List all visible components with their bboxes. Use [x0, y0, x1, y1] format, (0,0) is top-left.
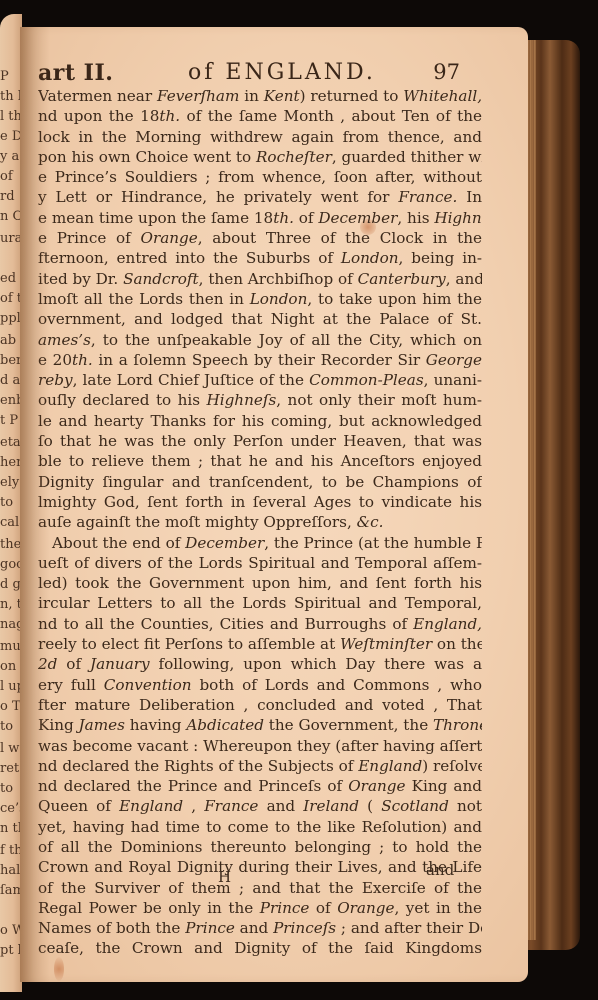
facing-page-fragment: ura: [0, 232, 22, 245]
text-line: Dignity ſingular and tranſcendent, to be…: [38, 472, 482, 492]
text-segment: reely to elect fit Perſons to aſſemble a…: [38, 635, 340, 653]
text-line: of all the Dominions thereunto belonging…: [38, 837, 482, 857]
text-segment: Crown and Royal Dignity during their Liv…: [38, 858, 482, 876]
text-line: ueſt of divers of the Lords Spiritual an…: [38, 553, 482, 573]
text-segment: ircular Letters to all the Lords Spiritu…: [38, 594, 482, 612]
text-line: 2d of January following, upon which Day …: [38, 654, 482, 674]
text-line: About the end of December, the Prince (a…: [38, 533, 482, 553]
text-segment: yet, having had time to come to the like…: [38, 818, 482, 836]
text-segment: ouſly declared to his: [38, 391, 206, 409]
text-segment: nd declared the Rights of the Subjects o…: [38, 757, 358, 775]
italic-text: France: [204, 797, 258, 815]
text-line: pon his own Choice went to Rocheſter, gu…: [38, 147, 482, 167]
facing-page-fragment: th h: [0, 90, 22, 103]
text-segment: e mean time upon the ſame 18: [38, 209, 273, 227]
facing-page-fragment: o W: [0, 924, 22, 937]
text-segment: e Prince’s Souldiers ; from whence, ſoon…: [38, 168, 482, 186]
book-page: art II. of ENGLAND. 97 Vatermen near Fev…: [20, 27, 528, 982]
facing-page-fragment: to: [0, 496, 22, 509]
italic-text: th.: [273, 209, 294, 227]
italic-text: &c.: [357, 513, 384, 531]
text-line: ames’s, to the unſpeakable Joy of all th…: [38, 330, 482, 350]
italic-text: 2d: [38, 655, 57, 673]
text-segment: About the end of: [52, 534, 185, 552]
text-segment: on the: [432, 635, 482, 653]
text-segment: le and hearty Thanks for his coming, but…: [38, 412, 482, 430]
text-line: ouſly declared to his Highneſs, not only…: [38, 390, 482, 410]
text-segment: nd declared the Prince and Princeſs of: [38, 777, 348, 795]
text-line: reby, late Lord Chief Juſtice of the Com…: [38, 370, 482, 390]
facing-page-fragment: goo: [0, 558, 22, 571]
text-segment: in: [239, 87, 263, 105]
text-line: ited by Dr. Sandcroft, then Archbiſhop o…: [38, 269, 482, 289]
text-segment: e 20: [38, 351, 72, 369]
facing-page-fragment: l w: [0, 742, 22, 755]
text-segment: e Prince of: [38, 229, 141, 247]
text-segment: overnment, and lodged that Night at the …: [38, 310, 482, 328]
text-line: Queen of England , France and Ireland ( …: [38, 796, 482, 816]
text-segment: not: [449, 797, 482, 815]
text-segment: , about Three of the Clock in the: [198, 229, 482, 247]
italic-text: Throne: [433, 716, 482, 734]
facing-page-fragment: cala: [0, 516, 22, 529]
text-line: Regal Power be only in the Prince of Ora…: [38, 898, 482, 918]
italic-text: England,: [413, 615, 482, 633]
running-head-title: of ENGLAND.: [188, 60, 376, 85]
facing-page-fragment: n th: [0, 822, 22, 835]
text-line: e Prince of Orange, about Three of the C…: [38, 228, 482, 248]
italic-text: Rocheſter: [256, 148, 332, 166]
text-line: fter mature Deliberation , concluded and…: [38, 695, 482, 715]
text-segment: , guarded thither with: [332, 148, 482, 166]
italic-text: James: [79, 716, 125, 734]
facing-page-fragment: of: [0, 170, 22, 183]
italic-text: December: [185, 534, 264, 552]
text-segment: , late Lord Chief Juſtice of the: [73, 371, 310, 389]
text-segment: ſo that he was the only Perſon under Hea…: [38, 432, 482, 450]
text-segment: , the Prince (at the humble Re-: [264, 534, 482, 552]
facing-page-fragment: ed a: [0, 272, 22, 285]
facing-page-fragment: l th: [0, 110, 22, 123]
facing-page-fragment: t P: [0, 414, 22, 427]
text-line: reely to elect fit Perſons to aſſemble a…: [38, 634, 482, 654]
italic-text: Weſtminſter: [340, 635, 432, 653]
text-line: y Lett or Hindrance, he privately went f…: [38, 187, 482, 207]
facing-page-fragment: ppl: [0, 312, 22, 325]
text-line: nd upon the 18th. of the ſame Month , ab…: [38, 106, 482, 126]
facing-page-fragment: o T: [0, 700, 22, 713]
text-segment: Dignity ſingular and tranſcendent, to be…: [38, 473, 482, 491]
facing-page-fragment: hen: [0, 456, 22, 469]
text-segment: ,: [183, 797, 204, 815]
facing-page-fragment: rd: [0, 190, 22, 203]
text-segment: ited by Dr.: [38, 270, 123, 288]
text-line: nd to all the Counties, Cities and Burro…: [38, 614, 482, 634]
text-line: Crown and Royal Dignity during their Liv…: [38, 857, 482, 877]
text-line: was become vacant : Whereupon they (afte…: [38, 736, 482, 756]
italic-text: th.: [72, 351, 93, 369]
text-segment: lmoſt all the Lords then in: [38, 290, 250, 308]
facing-page-fragment: etai: [0, 436, 22, 449]
facing-page-fragment: ber,: [0, 354, 22, 367]
text-line: auſe againſt the moſt mighty Oppreſſors,…: [38, 512, 482, 532]
text-segment: of the Surviver of them ; and that the E…: [38, 879, 482, 897]
italic-text: th.: [159, 107, 180, 125]
text-line: ſo that he was the only Perſon under Hea…: [38, 431, 482, 451]
facing-page-fragment: enbu: [0, 394, 22, 407]
italic-text: Scotland: [381, 797, 449, 815]
facing-page-fragment: half: [0, 864, 22, 877]
facing-page-left: Pth hl the Dy aofrdn Ouraed aof tpplabbe…: [0, 14, 22, 992]
facing-page-fragment: f th: [0, 844, 22, 857]
text-segment: Names of both the: [38, 919, 185, 937]
italic-text: Sandcroft: [123, 270, 199, 288]
text-segment: of all the Dominions thereunto belonging…: [38, 838, 482, 856]
facing-page-fragment: d a: [0, 374, 22, 387]
text-segment: Regal Power be only in the: [38, 899, 260, 917]
text-segment: of: [57, 655, 90, 673]
text-segment: ) returned to: [300, 87, 404, 105]
text-segment: led) took the Government upon him, and ſ…: [38, 574, 482, 592]
text-line: lmoſt all the Lords then in London, to t…: [38, 289, 482, 309]
italic-text: Common-Pleas: [309, 371, 424, 389]
italic-text: Ireland: [303, 797, 359, 815]
text-segment: having: [125, 716, 186, 734]
text-segment: , his: [397, 209, 434, 227]
facing-page-fragment: nag: [0, 618, 22, 631]
text-segment: y Lett or Hindrance, he privately went f…: [38, 188, 398, 206]
text-line: lock in the Morning withdrew again from …: [38, 127, 482, 147]
text-segment: , not only their moſt hum-: [276, 391, 482, 409]
italic-text: France.: [398, 188, 457, 206]
facing-page-fragment: ely: [0, 476, 22, 489]
signature-mark: H: [218, 868, 231, 886]
text-segment: , being in-: [399, 249, 482, 267]
body-text: Vatermen near Feverſham in Kent) returne…: [38, 86, 482, 959]
italic-text: England: [119, 797, 183, 815]
italic-text: reby: [38, 371, 73, 389]
text-segment: , to take upon him the: [307, 290, 482, 308]
facing-page-fragment: e D: [0, 130, 22, 143]
text-line: led) took the Government upon him, and ſ…: [38, 573, 482, 593]
italic-text: Highneſs: [206, 391, 276, 409]
text-segment: ery full: [38, 676, 104, 694]
facing-page-fragment: pt b: [0, 944, 22, 957]
text-line: Vatermen near Feverſham in Kent) returne…: [38, 86, 482, 106]
italic-text: Princeſs: [273, 919, 336, 937]
italic-text: Kent: [264, 87, 300, 105]
text-segment: fternoon, entred into the Suburbs of: [38, 249, 341, 267]
text-segment: lmighty God, ſent forth in ſeveral Ages …: [38, 493, 482, 511]
italic-text: Convention: [104, 676, 192, 694]
italic-text: Highneſs: [434, 209, 482, 227]
text-segment: pon his own Choice went to: [38, 148, 256, 166]
text-line: ircular Letters to all the Lords Spiritu…: [38, 593, 482, 613]
italic-text: Abdicated: [186, 716, 264, 734]
facing-page-fragment: n O: [0, 210, 22, 223]
foxing-stain: [54, 957, 64, 981]
text-line: e mean time upon the ſame 18th. of Decem…: [38, 208, 482, 228]
text-segment: ble to relieve them ; that he and his An…: [38, 452, 482, 470]
italic-text: Whitehall,: [403, 87, 482, 105]
text-line: nd declared the Prince and Princeſs of O…: [38, 776, 482, 796]
text-segment: lock in the Morning withdrew again from …: [38, 128, 482, 146]
facing-page-fragment: on: [0, 660, 22, 673]
italic-text: England: [358, 757, 422, 775]
text-segment: ueſt of divers of the Lords Spiritual an…: [38, 554, 482, 572]
text-line: yet, having had time to come to the like…: [38, 817, 482, 837]
facing-page-fragment: of t: [0, 292, 22, 305]
text-segment: auſe againſt the moſt mighty Oppreſſors,: [38, 513, 357, 531]
italic-text: Orange: [337, 899, 394, 917]
text-segment: ceaſe, the Crown and Dignity of the ſaid…: [38, 939, 482, 957]
text-segment: King: [38, 716, 79, 734]
text-segment: both of Lords and Commons , who: [192, 676, 482, 694]
text-segment: was become vacant : Whereupon they (afte…: [38, 737, 482, 755]
text-line: e Prince’s Souldiers ; from whence, ſoon…: [38, 167, 482, 187]
text-line: ble to relieve them ; that he and his An…: [38, 451, 482, 471]
text-segment: ; and after their De-: [336, 919, 482, 937]
text-segment: ) reſolved: [422, 757, 482, 775]
text-segment: (: [359, 797, 381, 815]
italic-text: George: [426, 351, 482, 369]
text-segment: of: [294, 209, 318, 227]
facing-page-fragment: to: [0, 782, 22, 795]
text-segment: nd upon the 18: [38, 107, 159, 125]
text-line: Names of both the Prince and Princeſs ; …: [38, 918, 482, 938]
facing-page-fragment: ce’s: [0, 802, 22, 815]
text-segment: King and: [406, 777, 483, 795]
italic-text: December: [318, 209, 397, 227]
text-segment: , and: [446, 270, 482, 288]
facing-page-fragment: n, t: [0, 598, 22, 611]
text-segment: , to the unſpeakable Joy of all the City…: [91, 331, 482, 349]
text-segment: following, upon which Day there was a: [150, 655, 482, 673]
italic-text: January: [90, 655, 150, 673]
facing-page-fragment: ret: [0, 762, 22, 775]
text-segment: nd to all the Counties, Cities and Burro…: [38, 615, 413, 633]
text-line: le and hearty Thanks for his coming, but…: [38, 411, 482, 431]
text-line: lmighty God, ſent forth in ſeveral Ages …: [38, 492, 482, 512]
italic-text: Orange: [348, 777, 405, 795]
facing-page-fragment: to: [0, 720, 22, 733]
text-segment: Queen of: [38, 797, 119, 815]
text-line: nd declared the Rights of the Subjects o…: [38, 756, 482, 776]
italic-text: London: [250, 290, 308, 308]
italic-text: Prince: [260, 899, 310, 917]
facing-page-fragment: ab: [0, 334, 22, 347]
text-segment: of the ſame Month , about Ten of the: [180, 107, 482, 125]
text-segment: the Government, the: [264, 716, 433, 734]
italic-text: ames’s: [38, 331, 91, 349]
text-segment: , unani-: [424, 371, 482, 389]
text-line: ceaſe, the Crown and Dignity of the ſaid…: [38, 938, 482, 958]
text-line: King James having Abdicated the Governme…: [38, 715, 482, 735]
text-segment: , yet in the: [394, 899, 482, 917]
text-segment: , then Archbiſhop of: [199, 270, 358, 288]
running-head-part: art II.: [38, 60, 113, 86]
text-line: fternoon, entred into the Suburbs of Lon…: [38, 248, 482, 268]
italic-text: Prince: [185, 919, 235, 937]
facing-page-fragment: P: [0, 70, 22, 83]
italic-text: London: [341, 249, 399, 267]
page-number: 97: [433, 60, 460, 84]
facing-page-fragment: mu: [0, 640, 22, 653]
text-line: e 20th. in a ſolemn Speech by their Reco…: [38, 350, 482, 370]
italic-text: Canterbury: [358, 270, 446, 288]
text-line: ery full Convention both of Lords and Co…: [38, 675, 482, 695]
text-segment: In: [457, 188, 482, 206]
text-segment: of: [309, 899, 337, 917]
text-line: overnment, and lodged that Night at the …: [38, 309, 482, 329]
text-segment: Vatermen near: [38, 87, 157, 105]
text-segment: in a ſolemn Speech by their Recorder Sir: [93, 351, 426, 369]
text-segment: fter mature Deliberation , concluded and…: [38, 696, 482, 714]
text-segment: and: [235, 919, 273, 937]
facing-page-fragment: d g: [0, 578, 22, 591]
text-line: of the Surviver of them ; and that the E…: [38, 878, 482, 898]
italic-text: Orange: [141, 229, 198, 247]
facing-page-fragment: ſame: [0, 884, 22, 897]
italic-text: Feverſham: [157, 87, 239, 105]
catchword: and: [426, 861, 454, 879]
facing-page-fragment: y a: [0, 150, 22, 163]
facing-page-fragment: l up: [0, 680, 22, 693]
facing-page-fragment: the: [0, 538, 22, 551]
text-segment: and: [258, 797, 303, 815]
